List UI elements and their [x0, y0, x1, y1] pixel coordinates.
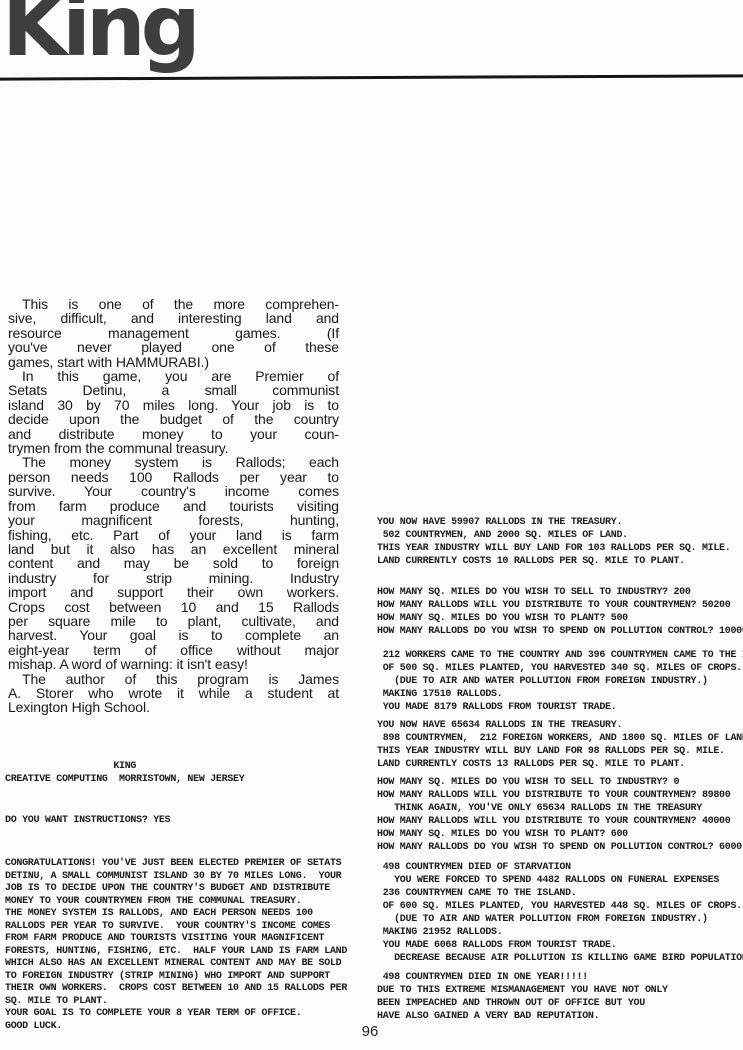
article-line: from farm produce and tourists visiting [8, 499, 339, 513]
article-line: decide upon the budget of the country [8, 412, 339, 426]
article-line: In this game, you are Premier of [8, 369, 339, 383]
article-line: Lexington High School. [8, 700, 339, 714]
article-paragraph: In this game, you are Premier ofSetats D… [8, 369, 339, 455]
title-rule [0, 74, 743, 80]
article-line: mishap. A word of warning: it isn't easy… [8, 657, 339, 671]
article-line: fishing, etc. Part of your land is farm [8, 528, 339, 542]
article-line: The author of this program is James [8, 672, 339, 686]
article-line: person needs 100 Rallods per year to [8, 470, 339, 484]
article-line: This is one of the more comprehen- [8, 297, 339, 311]
article-line: games, start with HAMMURABI.) [8, 355, 339, 369]
article-line: industry for strip mining. Industry [8, 571, 339, 585]
article-line: you've never played one of these [8, 340, 339, 354]
article-line: content and may be sold to foreign [8, 556, 339, 570]
article-line: harvest. Your goal is to complete an [8, 628, 339, 642]
article-line: sive, difficult, and interesting land an… [8, 311, 339, 325]
article-line: and distribute money to your coun- [8, 427, 339, 441]
article-line: A. Storer who wrote it while a student a… [8, 686, 339, 700]
article-line: Setats Detinu, a small communist [8, 383, 339, 397]
article-line: your magnificent forests, hunting, [8, 513, 339, 527]
article-line: Crops cost between 10 and 15 Rallods [8, 600, 339, 614]
terminal-game-over-message: 498 COUNTRYMEN DIED IN ONE YEAR!!!!! DUE… [377, 971, 668, 1023]
article-paragraph: This is one of the more comprehen-sive, … [8, 297, 339, 369]
article-line: The money system is Rallods; each [8, 455, 339, 469]
terminal-year2-status: YOU NOW HAVE 65634 RALLODS IN THE TREASU… [377, 719, 743, 771]
magazine-page: King This is one of the more comprehen-s… [0, 0, 743, 1050]
article-line: trymen from the communal treasury. [8, 441, 339, 455]
terminal-year1-status: YOU NOW HAVE 59907 RALLODS IN THE TREASU… [377, 516, 730, 568]
terminal-year2-prompts: HOW MANY SQ. MILES DO YOU WISH TO SELL T… [377, 776, 742, 854]
terminal-instructions-prompt: DO YOU WANT INSTRUCTIONS? YES [5, 814, 170, 827]
terminal-year1-results: 212 WORKERS CAME TO THE COUNTRY AND 396 … [377, 649, 743, 714]
article-line: resource management games. (If [8, 326, 339, 340]
terminal-credits: KING CREATIVE COMPUTING MORRISTOWN, NEW … [5, 760, 244, 786]
article-line: survive. Your country's income comes [8, 484, 339, 498]
page-number: 96 [348, 1023, 392, 1040]
article-line: import and support their own workers. [8, 585, 339, 599]
article-line: eight-year term of office without major [8, 643, 339, 657]
terminal-year1-prompts: HOW MANY SQ. MILES DO YOU WISH TO SELL T… [377, 586, 743, 638]
article-line: per square mile to plant, cultivate, and [8, 614, 339, 628]
article-paragraph: The money system is Rallods; eachperson … [8, 455, 339, 671]
terminal-intro-text: CONGRATULATIONS! YOU'VE JUST BEEN ELECTE… [5, 858, 347, 1033]
terminal-year2-results: 498 COUNTRYMEN DIED OF STARVATION YOU WE… [377, 861, 743, 965]
article-line: island 30 by 70 miles long. Your job is … [8, 398, 339, 412]
article-line: land but it also has an excellent minera… [8, 542, 339, 556]
article-column: This is one of the more comprehen-sive, … [8, 297, 339, 715]
article-paragraph: The author of this program is JamesA. St… [8, 672, 339, 715]
page-title: King [2, 0, 196, 68]
